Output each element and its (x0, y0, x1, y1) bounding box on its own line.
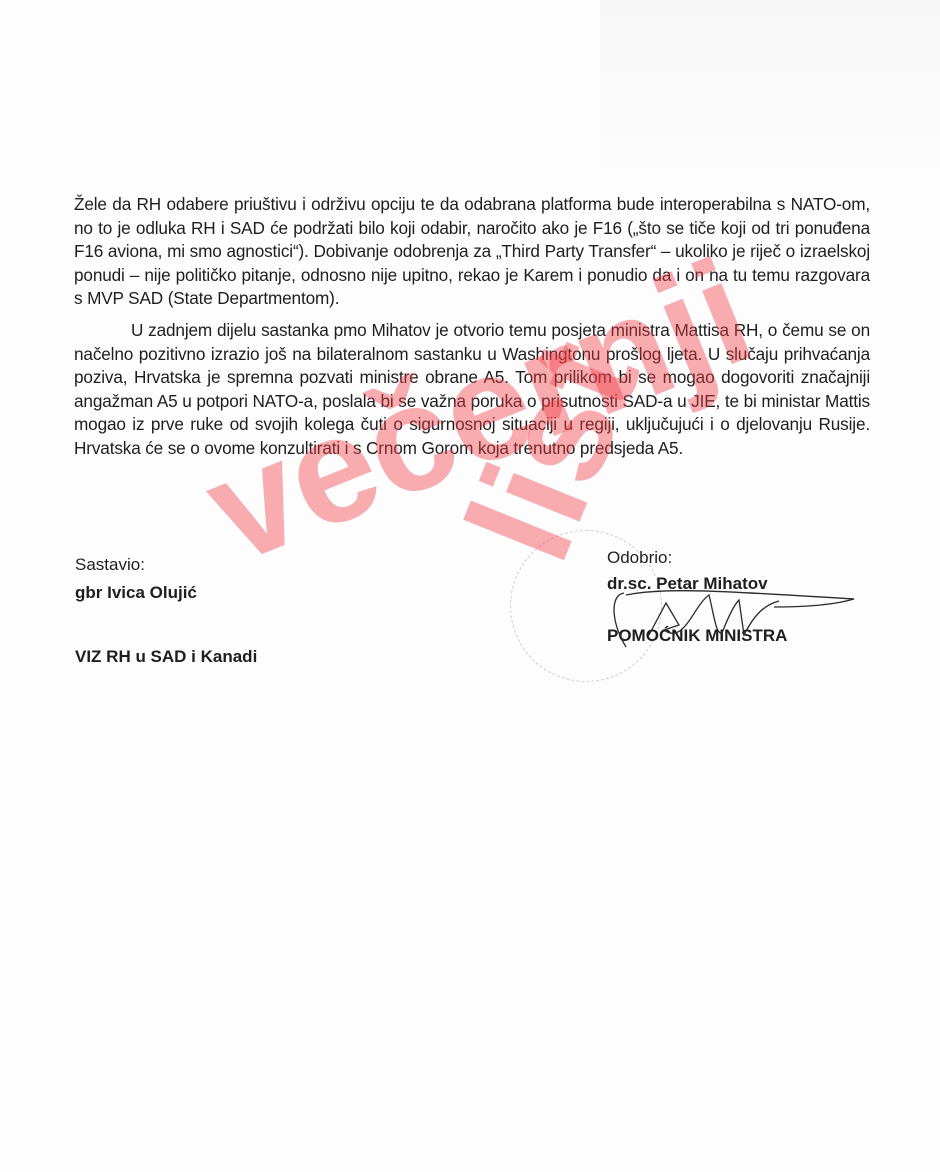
document-body: Žele da RH odabere priuštivu i održivu o… (74, 193, 870, 469)
bleed-through-area (600, 0, 940, 180)
prepared-by-name: gbr Ivica Olujić (75, 583, 257, 603)
prepared-by-label: Sastavio: (75, 555, 257, 575)
prepared-by-unit: VIZ RH u SAD i Kanadi (75, 647, 257, 667)
paragraph-2: U zadnjem dijelu sastanka pmo Mihatov je… (74, 319, 870, 461)
document-page: Žele da RH odabere priuštivu i održivu o… (0, 0, 940, 1172)
approved-by-label: Odobrio: (607, 548, 787, 568)
prepared-by-block: Sastavio: gbr Ivica Olujić VIZ RH u SAD … (75, 555, 257, 667)
paragraph-1: Žele da RH odabere priuštivu i održivu o… (74, 193, 870, 311)
handwritten-signature (604, 585, 864, 655)
